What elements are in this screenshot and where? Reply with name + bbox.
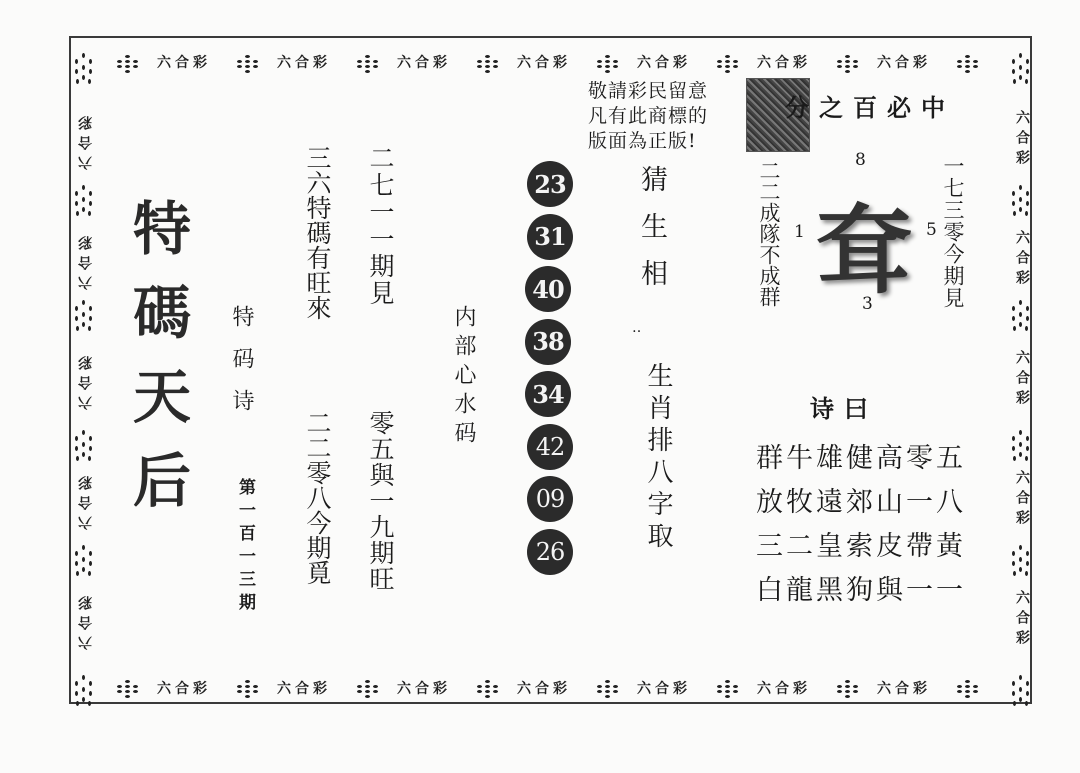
prediction-col2-top: 二七一一期見 <box>368 145 393 307</box>
prediction-col2-bottom: 零五與一九期旺 <box>368 410 393 592</box>
number-ball: 40 <box>525 266 571 312</box>
riddle-big-character: 耷 <box>816 175 912 312</box>
prediction-col1-top: 三六特碼有旺來 <box>305 145 330 320</box>
border-label: 六合彩 <box>1012 590 1032 650</box>
border-label: 六合彩 <box>757 52 811 72</box>
poem-line: 三二皇索皮帶黃 <box>756 525 966 569</box>
notice-line-1: 敬請彩民留意 <box>588 79 708 104</box>
header-slogan: 分之百必中 <box>785 88 955 123</box>
border-label: 六合彩 <box>637 678 691 698</box>
border-label: 六合彩 <box>1012 350 1032 410</box>
dots-ornament-icon <box>593 680 623 700</box>
border-label: 六合彩 <box>1012 230 1032 290</box>
border-label: 六合彩 <box>157 678 211 698</box>
poem-line: 群牛雄健高零五 <box>756 437 966 481</box>
number-ball: 31 <box>527 214 573 260</box>
dots-ornament-icon <box>1010 300 1032 334</box>
issue-number: 第一百一三期 <box>236 478 253 616</box>
border-label: 六合彩 <box>877 52 931 72</box>
number-ball: 09 <box>527 476 573 522</box>
authenticity-notice: 敬請彩民留意 凡有此商標的 版面為正版! <box>588 79 708 154</box>
border-label: 六合彩 <box>76 230 96 290</box>
dots-ornament-icon <box>1010 53 1032 87</box>
dots-ornament-icon <box>73 430 95 464</box>
dots-ornament-icon <box>833 680 863 700</box>
border-label: 六合彩 <box>517 52 571 72</box>
border-label: 六合彩 <box>877 678 931 698</box>
notice-line-3: 版面為正版! <box>588 129 708 154</box>
dots-ornament-icon <box>73 675 95 709</box>
dots-ornament-icon <box>73 300 95 334</box>
dots-ornament-icon <box>473 680 503 700</box>
border-label: 六合彩 <box>76 590 96 650</box>
riddle-left-col: 二二成隊不成群 <box>758 160 779 307</box>
border-label: 六合彩 <box>397 678 451 698</box>
riddle-num-top: 8 <box>855 150 866 170</box>
dots-ornament-icon <box>1010 185 1032 219</box>
dots-ornament-icon <box>353 55 383 75</box>
riddle-right-col: 一七三零今期見 <box>942 155 963 309</box>
dots-ornament-icon <box>713 55 743 75</box>
border-label: 六合彩 <box>76 350 96 410</box>
number-ball: 34 <box>525 371 571 417</box>
dots-ornament-icon <box>113 55 143 75</box>
dots-ornament-icon <box>233 680 263 700</box>
border-label: 六合彩 <box>757 678 811 698</box>
dots-ornament-icon <box>1010 675 1032 709</box>
dots-ornament-icon <box>713 680 743 700</box>
border-label: 六合彩 <box>277 678 331 698</box>
number-ball: 26 <box>527 529 573 575</box>
internal-code-label: 内部心水码 <box>452 305 474 450</box>
dots-ornament-icon <box>233 55 263 75</box>
subtitle: 特码诗 <box>230 305 252 431</box>
border-label: 六合彩 <box>76 110 96 170</box>
dots-ornament-icon <box>593 55 623 75</box>
dots-ornament-icon <box>833 55 863 75</box>
border-label: 六合彩 <box>397 52 451 72</box>
dots-ornament-icon <box>73 185 95 219</box>
dots-ornament-icon <box>953 55 983 75</box>
prediction-col1-bottom: 二二零八今期覓 <box>305 410 330 585</box>
border-label: 六合彩 <box>517 678 571 698</box>
riddle-num-right: 5 <box>926 220 937 240</box>
dots-ornament-icon <box>73 545 95 579</box>
dots-ornament-icon <box>73 53 95 87</box>
number-ball: 42 <box>527 424 573 470</box>
border-label: 六合彩 <box>157 52 211 72</box>
border-label: 六合彩 <box>76 470 96 530</box>
poem-line: 白龍黑狗與一一 <box>756 569 966 613</box>
dots-ornament-icon <box>113 680 143 700</box>
separator-dots: ‥ <box>632 320 641 336</box>
dots-ornament-icon <box>953 680 983 700</box>
dots-ornament-icon <box>473 55 503 75</box>
zodiac-hint: 生肖排八字取 <box>645 362 671 554</box>
main-title: 特碼天后 <box>128 198 186 534</box>
border-label: 六合彩 <box>637 52 691 72</box>
poem-body: 群牛雄健高零五 放牧遠郊山一八 三二皇索皮帶黃 白龍黑狗與一一 <box>756 437 966 613</box>
poem-title: 诗曰 <box>810 389 878 424</box>
riddle-num-left: 1 <box>794 222 805 242</box>
number-ball: 38 <box>525 319 571 365</box>
border-label: 六合彩 <box>277 52 331 72</box>
border-label: 六合彩 <box>1012 110 1032 170</box>
notice-line-2: 凡有此商標的 <box>588 104 708 129</box>
guess-zodiac-label: 猜生相 <box>638 165 665 306</box>
dots-ornament-icon <box>1010 430 1032 464</box>
dots-ornament-icon <box>353 680 383 700</box>
number-ball: 23 <box>527 161 573 207</box>
poem-line: 放牧遠郊山一八 <box>756 481 966 525</box>
dots-ornament-icon <box>1010 545 1032 579</box>
border-label: 六合彩 <box>1012 470 1032 530</box>
